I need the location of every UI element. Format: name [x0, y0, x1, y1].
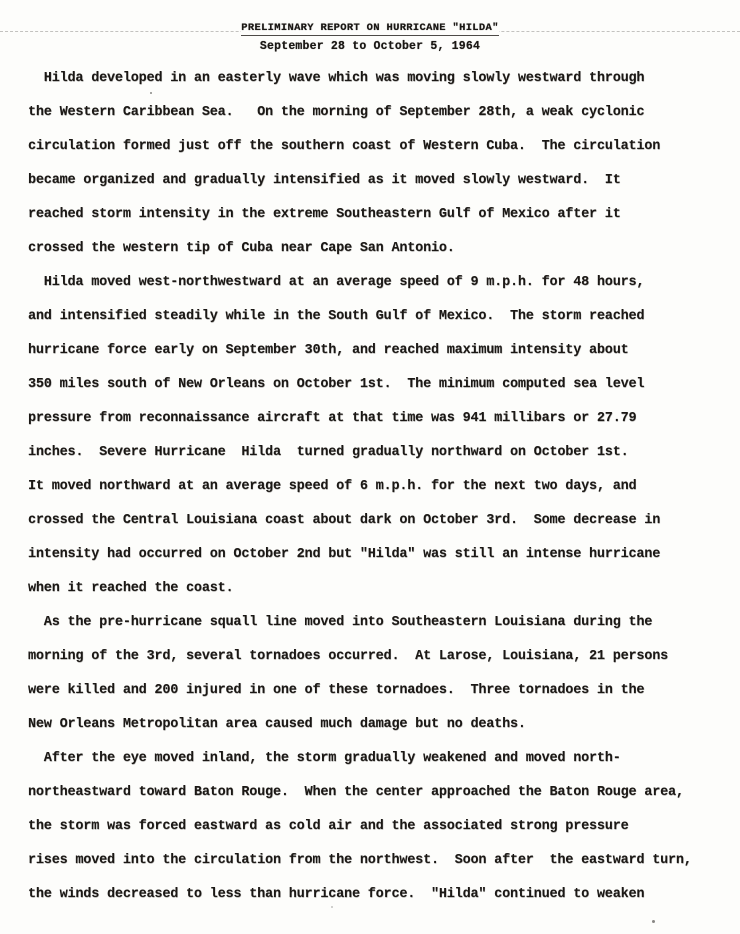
- scan-speckle: [331, 906, 333, 908]
- paragraph-2-line-5: pressure from reconnaissance aircraft at…: [28, 402, 728, 436]
- paragraph-3-line-4: New Orleans Metropolitan area caused muc…: [28, 708, 728, 742]
- scan-speckle: [652, 920, 655, 923]
- paragraph-2-line-1: Hilda moved west-northwestward at an ave…: [28, 266, 728, 300]
- paragraph-1-line-4: became organized and gradually intensifi…: [28, 164, 728, 198]
- paragraph-4-line-1: After the eye moved inland, the storm gr…: [28, 742, 728, 776]
- document-page: PRELIMINARY REPORT ON HURRICANE "HILDA" …: [0, 0, 740, 934]
- paragraph-2-line-4: 350 miles south of New Orleans on Octobe…: [28, 368, 728, 402]
- scan-speckle: [150, 92, 152, 94]
- document-body: Hilda developed in an easterly wave whic…: [28, 62, 728, 912]
- document-subtitle: September 28 to October 5, 1964: [0, 40, 740, 53]
- paragraph-2-line-6: inches. Severe Hurricane Hilda turned gr…: [28, 436, 728, 470]
- paragraph-4-line-4: rises moved into the circulation from th…: [28, 844, 728, 878]
- paragraph-3-line-3: were killed and 200 injured in one of th…: [28, 674, 728, 708]
- paragraph-4-line-5: the winds decreased to less than hurrica…: [28, 878, 728, 912]
- paragraph-4-line-2: northeastward toward Baton Rouge. When t…: [28, 776, 728, 810]
- paragraph-2-line-8: crossed the Central Louisiana coast abou…: [28, 504, 728, 538]
- paragraph-1-line-5: reached storm intensity in the extreme S…: [28, 198, 728, 232]
- paragraph-1-line-2: the Western Caribbean Sea. On the mornin…: [28, 96, 728, 130]
- paragraph-3-line-1: As the pre-hurricane squall line moved i…: [28, 606, 728, 640]
- document-title: PRELIMINARY REPORT ON HURRICANE "HILDA": [241, 22, 498, 36]
- paragraph-2-line-9: intensity had occurred on October 2nd bu…: [28, 538, 728, 572]
- paragraph-4-line-3: the storm was forced eastward as cold ai…: [28, 810, 728, 844]
- paragraph-1-line-6: crossed the western tip of Cuba near Cap…: [28, 232, 728, 266]
- paragraph-1-line-1: Hilda developed in an easterly wave whic…: [28, 62, 728, 96]
- document-heading: PRELIMINARY REPORT ON HURRICANE "HILDA" …: [0, 17, 740, 53]
- paragraph-2-line-7: It moved northward at an average speed o…: [28, 470, 728, 504]
- paragraph-1-line-3: circulation formed just off the southern…: [28, 130, 728, 164]
- paragraph-2-line-10: when it reached the coast.: [28, 572, 728, 606]
- paragraph-2-line-3: hurricane force early on September 30th,…: [28, 334, 728, 368]
- paragraph-2-line-2: and intensified steadily while in the So…: [28, 300, 728, 334]
- paragraph-3-line-2: morning of the 3rd, several tornadoes oc…: [28, 640, 728, 674]
